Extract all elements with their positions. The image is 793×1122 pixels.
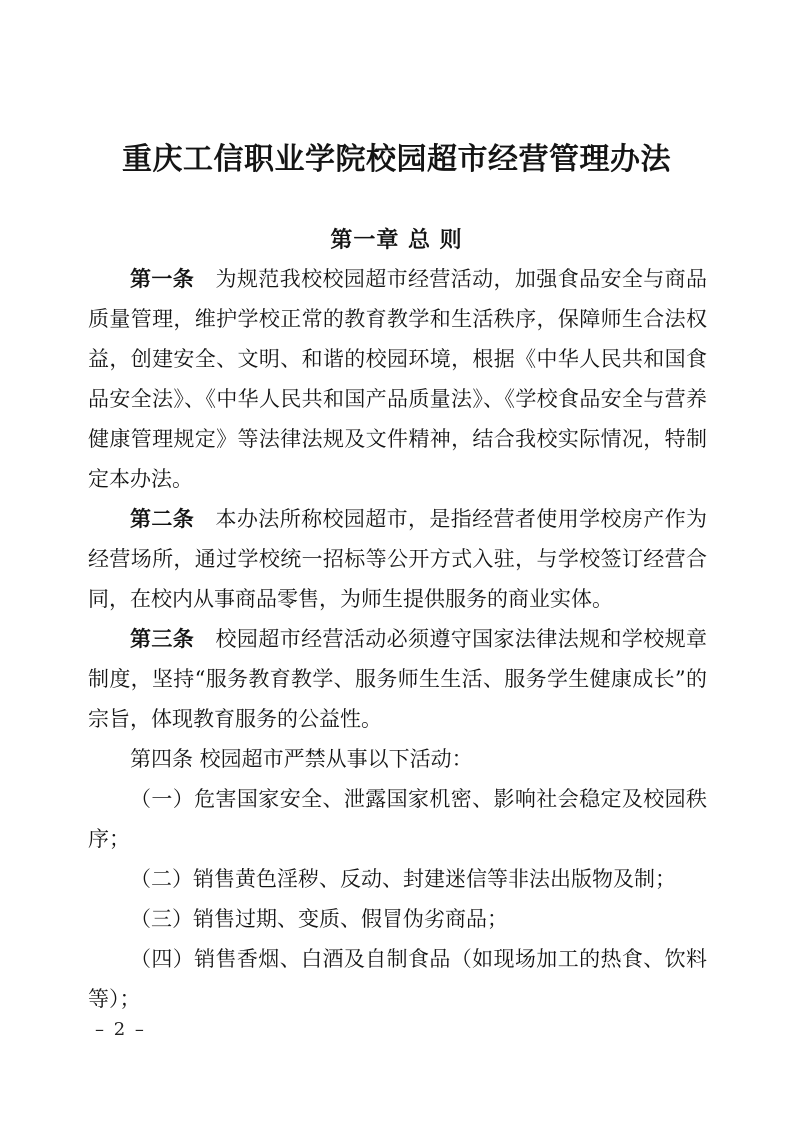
article-paragraph: 第四条 校园超市严禁从事以下活动： [88,739,707,779]
list-item: （一）危害国家安全、泄露国家机密、影响社会稳定及校园秩序； [88,779,707,859]
article-number: 第二条 [130,506,194,531]
document-page: 重庆工信职业学院校园超市经营管理办法 第一章 总 则 第一条 为规范我校校园超市… [0,0,793,1122]
list-item-text: （四）销售香烟、白酒及自制食品（如现场加工的热食、饮料等）； [88,947,707,1011]
article-paragraph: 第一条 为规范我校校园超市经营活动，加强食品安全与商品质量管理，维护学校正常的教… [88,259,707,499]
page-number: – 2 – [95,1019,146,1040]
article-paragraph: 第三条 校园超市经营活动必须遵守国家法律法规和学校规章制度，坚持“服务教育教学、… [88,619,707,739]
article-text: 校园超市严禁从事以下活动： [193,747,473,771]
article-paragraph: 第二条 本办法所称校园超市，是指经营者使用学校房产作为经营场所，通过学校统一招标… [88,499,707,619]
list-item-text: （三）销售过期、变质、假冒伪劣商品； [130,907,508,931]
article-number: 第四条 [130,747,193,771]
list-item-text: （二）销售黄色淫秽、反动、封建迷信等非法出版物及制； [130,867,676,891]
article-number: 第一条 [130,266,194,291]
chapter-heading: 第一章 总 则 [0,228,793,254]
article-number: 第三条 [130,626,194,651]
document-body: 第一条 为规范我校校园超市经营活动，加强食品安全与商品质量管理，维护学校正常的教… [0,259,793,1019]
document-title: 重庆工信职业学院校园超市经营管理办法 [0,0,793,179]
list-item: （四）销售香烟、白酒及自制食品（如现场加工的热食、饮料等）； [88,939,707,1019]
list-item: （二）销售黄色淫秽、反动、封建迷信等非法出版物及制； [88,859,707,899]
article-text: 为规范我校校园超市经营活动，加强食品安全与商品质量管理，维护学校正常的教育教学和… [88,267,707,491]
list-item-text: （一）危害国家安全、泄露国家机密、影响社会稳定及校园秩序； [88,787,707,851]
list-item: （三）销售过期、变质、假冒伪劣商品； [88,899,707,939]
